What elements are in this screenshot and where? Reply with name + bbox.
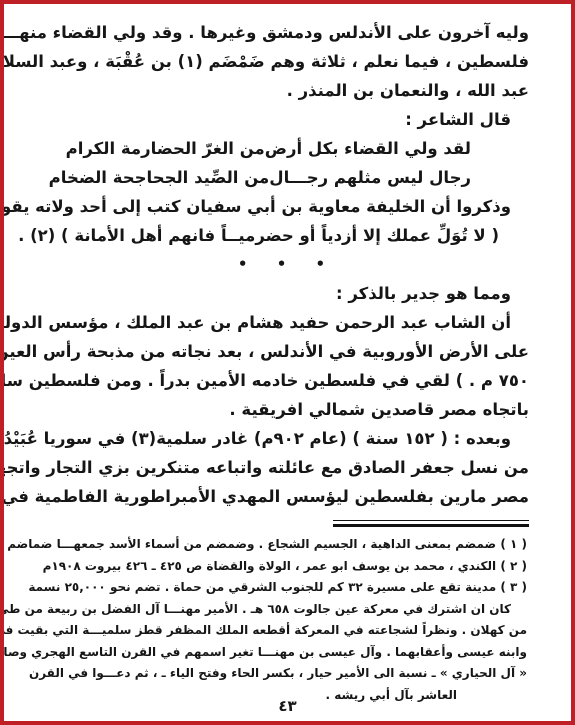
footnote-line: ( ٢ ) الكندي ، محمد بن يوسف ابو عمر ، ال… — [40, 556, 527, 578]
text-line: فلسطين ، فيما نعلم ، ثلاثة وهم ضَمْضَم (… — [58, 47, 529, 76]
note-intro-line: ومما هو جدير بالذكر : — [58, 279, 529, 308]
text-line: مصر مارين بفلسطين ليؤسس المهدي الأمبراطو… — [58, 482, 529, 511]
page-number: ٤٣ — [4, 697, 571, 715]
footnotes: ( ١ ) ضمضم بمعنى الداهية ، الجسيم الشجاع… — [40, 534, 527, 706]
abdulrahman-paragraph: أن الشاب عبد الرحمن حفيد هشام بن عبد الم… — [58, 308, 529, 424]
text-line: وذكروا أن الخليفة معاوية بن أبي سفيان كت… — [58, 192, 529, 221]
verse-row: رجال ليس مثلهم رجـــال من الصِّيد الجحاج… — [84, 163, 471, 192]
quote-line: ( لا تُوَلِّ عملك إلا أزدياً أو حضرميــا… — [58, 221, 529, 250]
hemistich-first: لقد ولي القضاء بكل أرض — [265, 134, 471, 163]
mahdi-paragraph: وبعده : ( ١٥٢ سنة ) (عام ٩٠٢م) غادر سلمي… — [58, 424, 529, 511]
opening-paragraph: وليه آخرون على الأندلس ودمشق وغيرها . وق… — [58, 18, 529, 105]
poet-intro-line: قال الشاعر : — [58, 105, 529, 134]
text-line: وليه آخرون على الأندلس ودمشق وغيرها . وق… — [58, 18, 529, 47]
text-line: من نسل جعفر الصادق مع عائلته واتباعه متن… — [58, 453, 529, 482]
text-line: أن الشاب عبد الرحمن حفيد هشام بن عبد الم… — [58, 308, 529, 337]
text-line: عبد الله ، والنعمان بن المنذر . — [58, 76, 529, 105]
footnote-line: وابنه عيسى وأعقابهما . وآل عيسى بن مهنــ… — [40, 642, 527, 664]
footnote-line: ( ١ ) ضمضم بمعنى الداهية ، الجسيم الشجاع… — [40, 534, 527, 556]
footnote-separator-rule — [333, 520, 529, 527]
scanned-book-page: وليه آخرون على الأندلس ودمشق وغيرها . وق… — [0, 0, 575, 725]
footnote-line: ( ٣ ) مدينة تقع على مسيرة ٣٢ كم للجنوب ا… — [40, 577, 527, 599]
verse-row: لقد ولي القضاء بكل أرض من الغرّ الحضارمة… — [84, 134, 471, 163]
page-text-block: وليه آخرون على الأندلس ودمشق وغيرها . وق… — [4, 4, 571, 706]
text-line: وبعده : ( ١٥٢ سنة ) (عام ٩٠٢م) غادر سلمي… — [58, 424, 529, 453]
footnote-line: « آل الحياري » ـ نسبة الى الأمير حيار ، … — [40, 663, 527, 685]
poem: لقد ولي القضاء بكل أرض من الغرّ الحضارمة… — [84, 134, 471, 192]
dots-separator: • • • — [58, 250, 529, 279]
footnote-line: كان ان اشترك في معركة عين جالوت ٦٥٨ هـ .… — [40, 599, 527, 621]
text-line: على الأرض الأوروبية في الأندلس ، بعد نجا… — [58, 337, 529, 366]
hemistich-first: رجال ليس مثلهم رجـــال — [269, 163, 471, 192]
text-line: ٧٥٠ م . ) لقي في فلسطين خادمه الأمين بدر… — [58, 366, 529, 395]
hemistich-second: من الصِّيد الجحاجحة الضخام — [37, 163, 269, 192]
hemistich-second: من الغرّ الحضارمة الكرام — [33, 134, 265, 163]
footnote-line: من كهلان . ونظراً لشجاعته في المعركة أقط… — [40, 620, 527, 642]
text-line: باتجاه مصر قاصدين شمالي افريقية . — [58, 395, 529, 424]
muawiya-paragraph: وذكروا أن الخليفة معاوية بن أبي سفيان كت… — [58, 192, 529, 250]
